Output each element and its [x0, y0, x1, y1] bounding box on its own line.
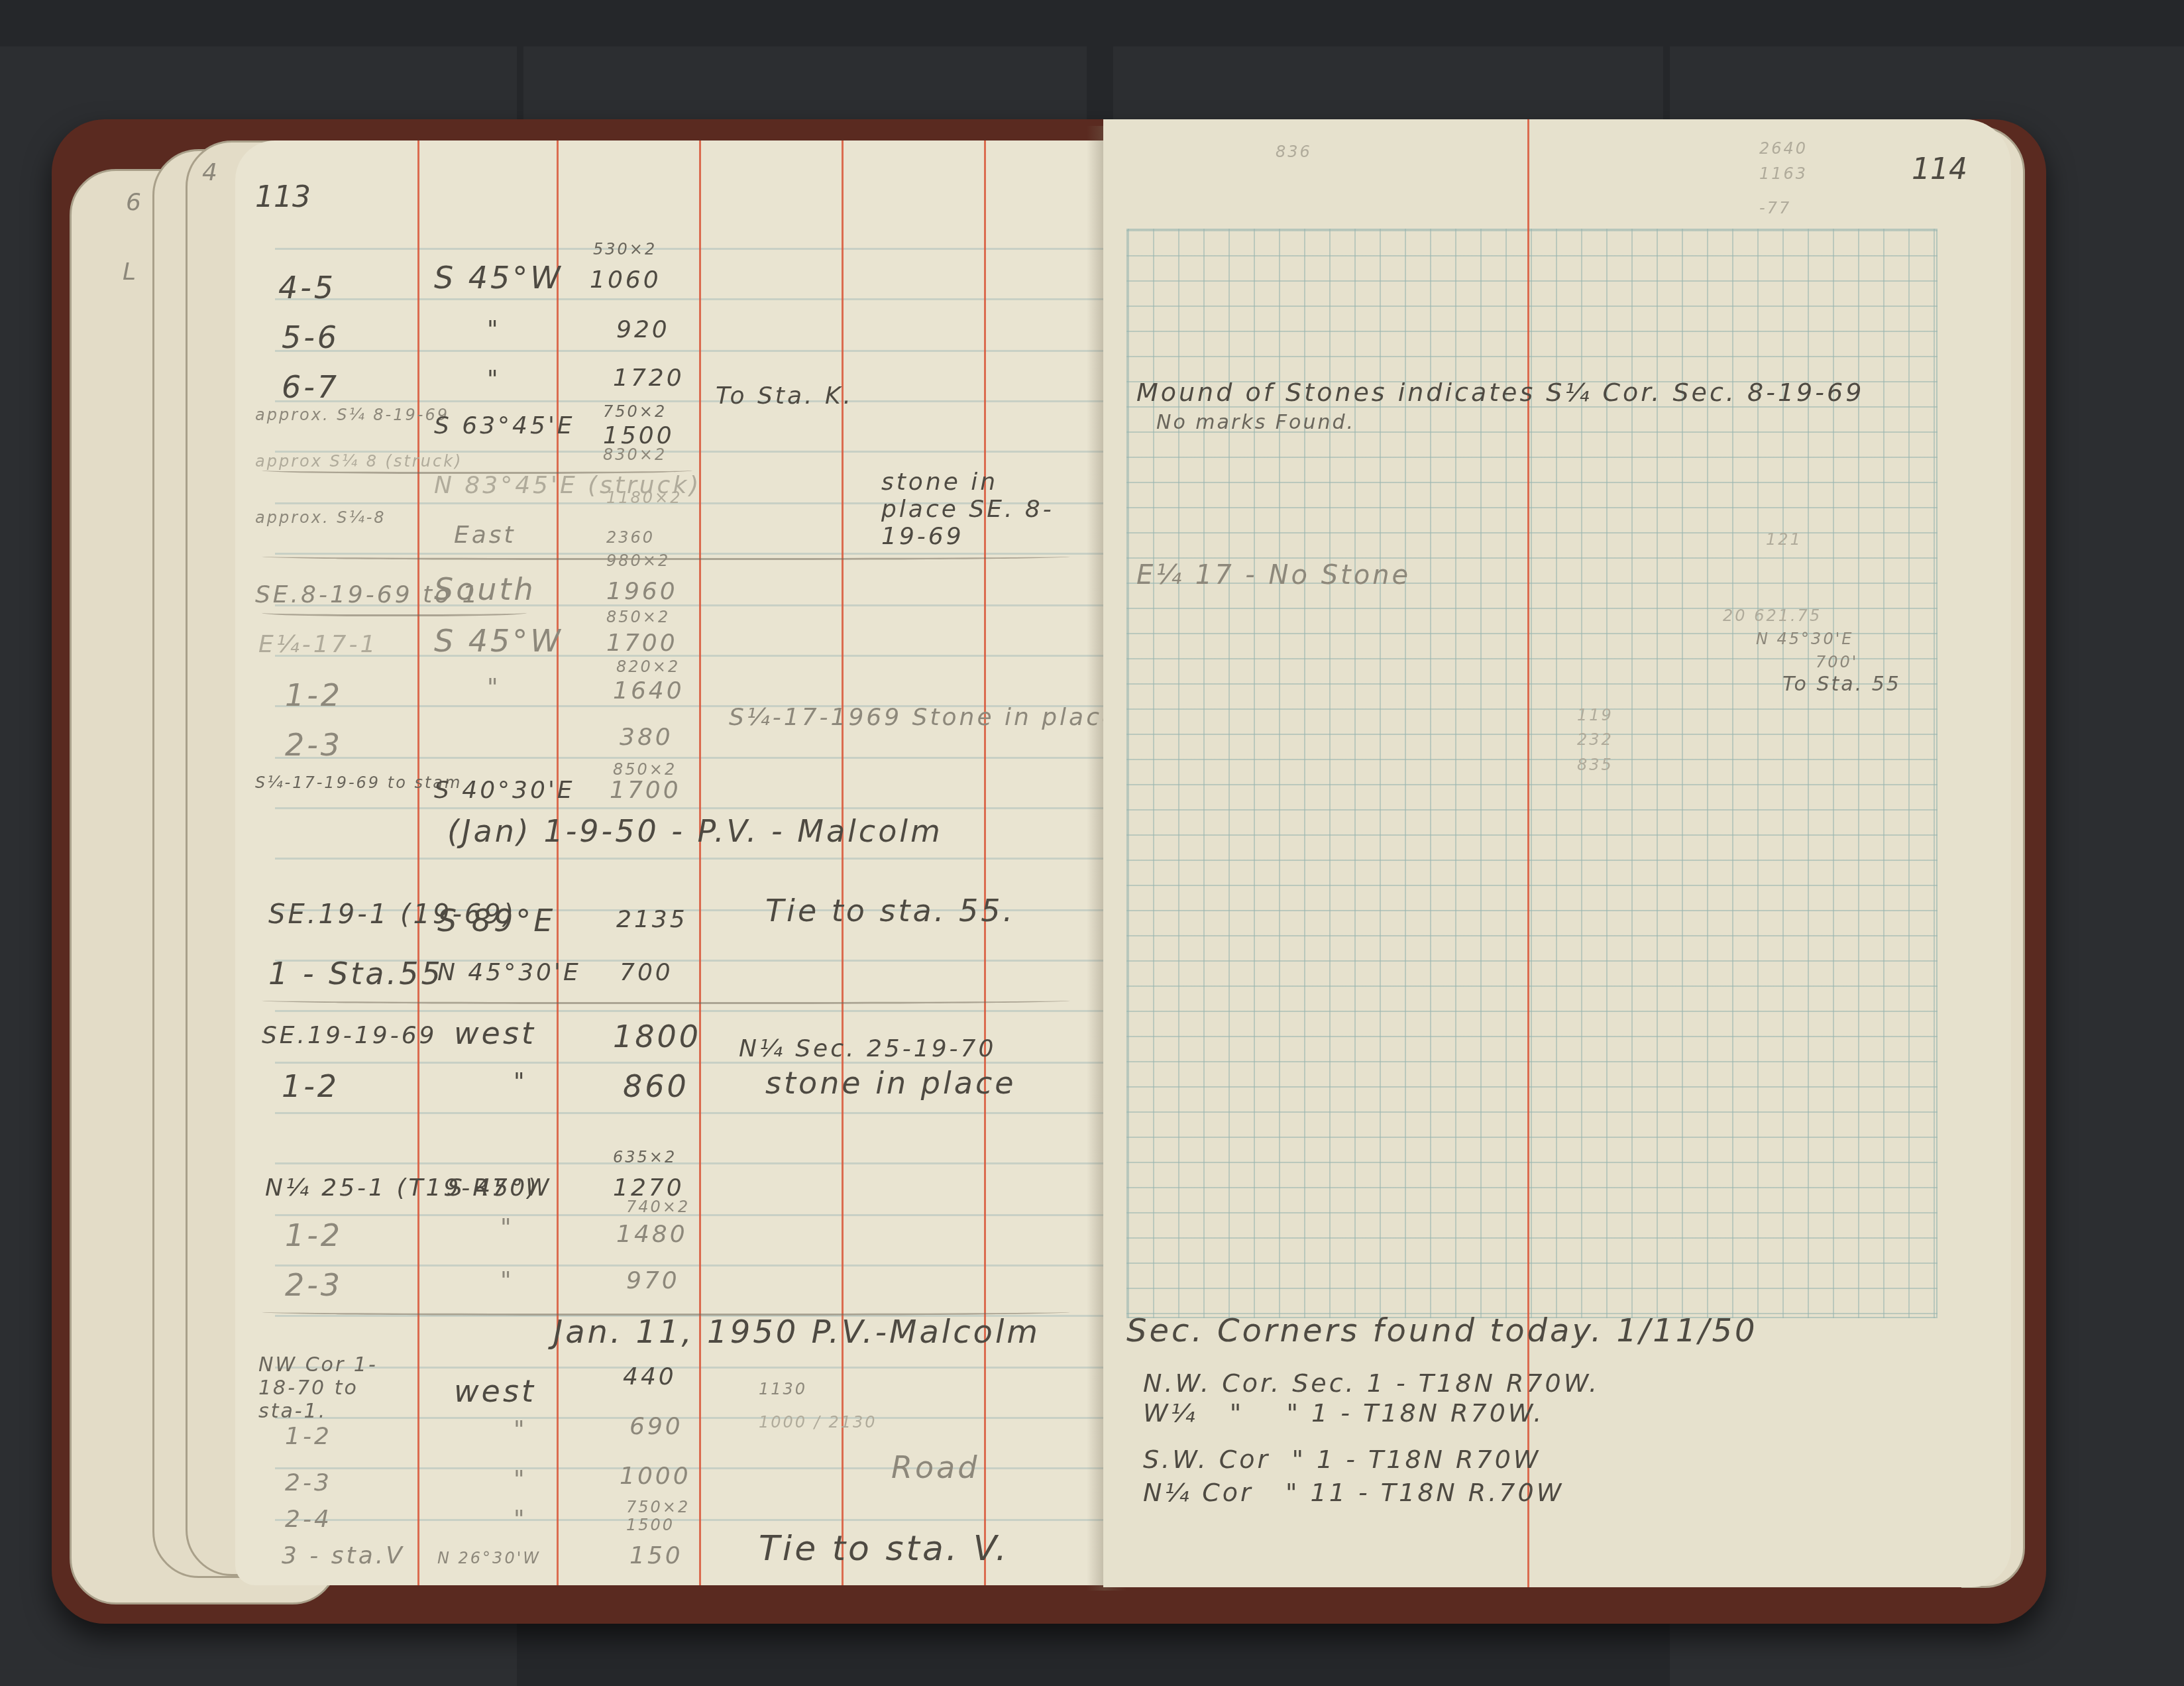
station: 2-3	[285, 1267, 343, 1303]
edge-mark: 6	[126, 189, 144, 216]
distance-note: 830×2	[603, 445, 667, 464]
side-note: To Sta. 55	[1782, 673, 1901, 696]
distance: 690	[629, 1413, 683, 1440]
corner-calc: -77	[1759, 199, 1791, 217]
station: 2-3	[285, 1469, 332, 1496]
distance-note: 750×2	[603, 402, 667, 421]
station: 2-4	[285, 1506, 332, 1533]
station: NW Cor 1-18-70 to sta-1.	[258, 1353, 411, 1423]
summary-line: N.W. Cor. Sec. 1 - T18N R70W.	[1143, 1369, 1600, 1398]
station: 4-5	[278, 270, 336, 306]
distance-note: 1180×2	[606, 488, 682, 507]
summary-line: S.W. Cor " 1 - T18N R70W	[1143, 1445, 1541, 1474]
distance: 1480	[616, 1221, 688, 1248]
distance-note: 740×2	[626, 1198, 690, 1216]
distance-note: 980×2	[606, 551, 670, 570]
station: 1 - Sta.55	[268, 956, 443, 991]
column-rule	[699, 140, 701, 1585]
distance: 1720	[613, 365, 684, 392]
distance: 700	[620, 959, 673, 986]
bearing: N 26°30'W	[437, 1549, 541, 1567]
bearing: East	[454, 522, 516, 549]
bearing: S 89°E	[437, 903, 555, 938]
distance: 440	[623, 1363, 677, 1390]
column-rule	[557, 140, 559, 1585]
bearing: "	[514, 1068, 527, 1096]
side-note: N 45°30'E	[1756, 630, 1853, 648]
bearing: "	[487, 316, 501, 343]
remark: Road	[891, 1449, 980, 1485]
date-header: (Jan) 1-9-50 - P.V. - Malcolm	[447, 813, 943, 849]
bearing: "	[487, 366, 501, 393]
summary-line: W¼ " " 1 - T18N R70W.	[1143, 1398, 1544, 1428]
station: approx. S¼ 8-19-69	[255, 406, 449, 424]
top-faint-mark: 836	[1276, 142, 1312, 161]
faint-mark: 121	[1766, 530, 1802, 549]
distance-note: 530×2	[593, 240, 657, 258]
bearing: "	[514, 1466, 527, 1493]
edge-mark: L	[123, 258, 138, 286]
distance: 860	[623, 1068, 689, 1104]
bearing: South	[434, 571, 536, 607]
page-number: 113	[255, 180, 311, 214]
side-calc: 232	[1577, 730, 1613, 749]
distance: 1060	[590, 266, 661, 294]
edge-mark: 4	[202, 159, 220, 186]
station: 3 - sta.V	[282, 1542, 405, 1569]
bearing: S 45°W	[434, 260, 563, 296]
remark: S¼-17-1969 Stone in place	[729, 704, 1110, 731]
remark: Tie to sta. 55.	[765, 893, 1015, 928]
side-calc: 1130	[759, 1380, 807, 1398]
bearing: "	[487, 674, 501, 701]
distance: 1800	[613, 1019, 701, 1054]
distance: 1960	[606, 578, 678, 605]
station: 1-2	[285, 1423, 332, 1450]
right-page: 114 2640 1163 -77 836 Mound of Stones in…	[1103, 119, 2011, 1587]
column-rule	[984, 140, 986, 1585]
distance-note: 820×2	[616, 657, 680, 676]
remark: To Sta. K.	[716, 382, 853, 410]
summary-title: Sec. Corners found today. 1/11/50	[1126, 1312, 1758, 1349]
distance-note: 850×2	[613, 760, 677, 779]
bearing: S 63°45'E	[434, 412, 575, 439]
side-calc: 835	[1577, 756, 1613, 774]
bearing: "	[514, 1416, 527, 1443]
distance-note: 635×2	[613, 1148, 677, 1166]
station: 1-2	[282, 1068, 339, 1104]
side-note: 700'	[1816, 653, 1858, 671]
station: 1-2	[285, 1217, 343, 1253]
distance: 2135	[616, 906, 688, 933]
corner-calc: 1163	[1759, 164, 1808, 183]
station: SE.19-19-69	[262, 1022, 437, 1049]
distance: 920	[616, 316, 670, 343]
page-number: 114	[1912, 152, 1967, 186]
bearing: "	[500, 1214, 514, 1241]
corner-calc: 2640	[1759, 139, 1808, 158]
field-note: Mound of Stones indicates S¼ Cor. Sec. 8…	[1136, 378, 1864, 407]
distance-note: 850×2	[606, 608, 670, 626]
station: E¼-17-1	[258, 631, 378, 658]
distance: 1700	[610, 777, 681, 804]
side-calc: 1000 / 2130	[759, 1413, 877, 1432]
bearing: S 45°W	[434, 623, 563, 659]
station: 2-3	[285, 727, 343, 763]
summary-line: N¼ Cor " 11 - T18N R.70W	[1143, 1478, 1564, 1507]
bearing: "	[500, 1267, 514, 1294]
station: S¼-17-19-69 to stam	[255, 773, 462, 792]
remark: stone in place	[765, 1065, 1016, 1101]
margin-rule	[1527, 119, 1529, 1587]
distance-note: 750×2	[626, 1498, 690, 1516]
station: 5-6	[282, 319, 339, 355]
distance: 970	[626, 1267, 680, 1294]
bearing: S 40°30'E	[434, 777, 575, 804]
distance: 1000	[620, 1463, 691, 1490]
station: approx. S¼-8	[255, 508, 386, 527]
date-header: Jan. 11, 1950 P.V.-Malcolm	[553, 1314, 1040, 1351]
remark: Tie to sta. V.	[759, 1529, 1009, 1569]
bearing: N 45°30'E	[437, 959, 581, 986]
column-rule	[417, 140, 419, 1585]
distance: 150	[629, 1542, 683, 1569]
distance: 1700	[606, 630, 678, 657]
field-note: E¼ 17 - No Stone	[1136, 560, 1411, 590]
column-rule	[842, 140, 844, 1585]
distance: 1640	[613, 677, 684, 704]
station: 1-2	[285, 677, 343, 713]
field-note: No marks Found.	[1156, 411, 1355, 434]
distance: 380	[620, 724, 673, 751]
distance: 1500	[626, 1516, 675, 1534]
bearing: "	[514, 1506, 527, 1533]
remark: N¼ Sec. 25-19-70	[739, 1035, 996, 1062]
side-calc: 119	[1577, 706, 1613, 724]
bearing: west	[454, 1015, 536, 1051]
distance: 2360	[606, 528, 655, 547]
side-note: 20 621.75	[1723, 606, 1822, 625]
station: 6-7	[282, 369, 339, 405]
bearing: west	[454, 1373, 536, 1409]
left-page: 113 4-5 S 45°W 530×2 1060 5-6 " 920 6-7 …	[235, 140, 1110, 1585]
remark: stone in place SE. 8-19-69	[881, 469, 1080, 550]
bearing: S 45°W	[447, 1174, 552, 1202]
